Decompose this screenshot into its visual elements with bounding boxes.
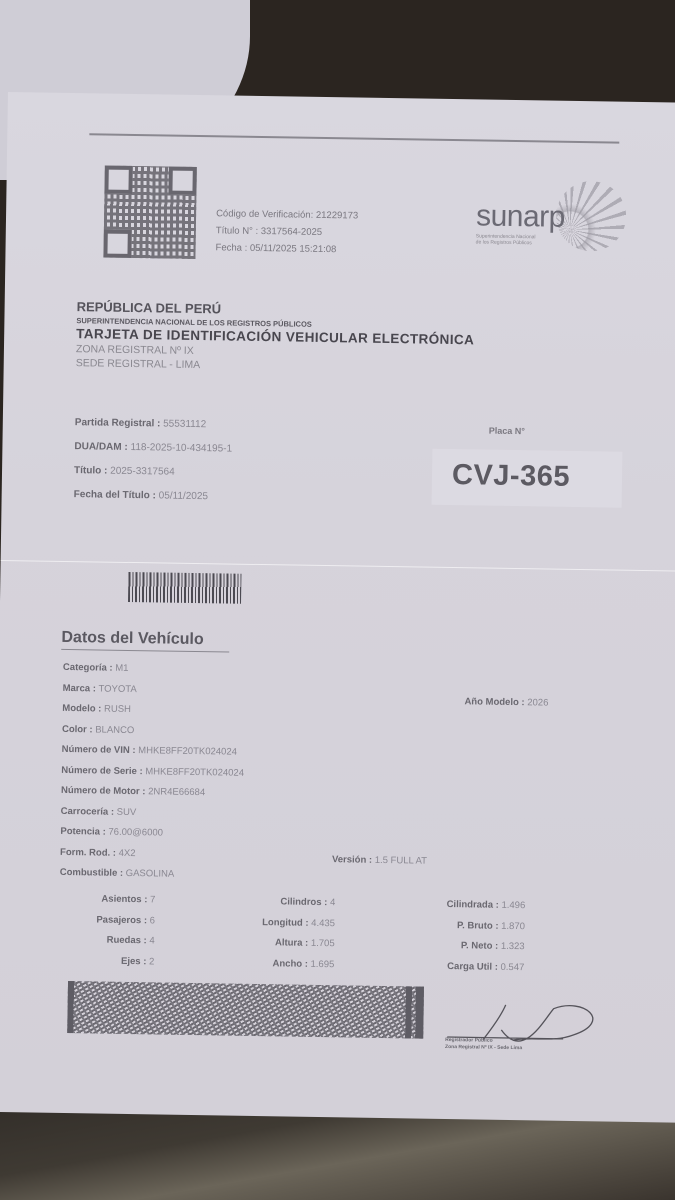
field-label: Carrocería :: [61, 805, 117, 817]
field-label: Asientos :: [101, 894, 150, 906]
vehicle-field: Carrocería : SUV: [61, 801, 244, 824]
field-label: DUA/DAM :: [74, 441, 130, 453]
spec-field: Longitud : 4.435: [205, 912, 335, 935]
field-value: SUV: [117, 806, 137, 817]
field-label: Ruedas :: [107, 935, 150, 947]
logo-wordmark: sunarp: [476, 199, 565, 234]
field-value: 2025-3317564: [110, 466, 175, 478]
barcode-icon: [128, 572, 241, 604]
sunarp-logo: sunarp Superintendencia Nacional de los …: [476, 199, 565, 246]
registry-field: Fecha del Título : 05/11/2025: [73, 483, 231, 509]
vehicle-fields: Categoría : M1Marca : TOYOTAModelo : RUS…: [60, 658, 246, 886]
field-value: 2026: [527, 697, 548, 708]
field-label: Cilindros :: [280, 896, 330, 908]
field-label: Color :: [62, 723, 95, 735]
field-value: 1.496: [501, 896, 525, 917]
field-value: 4: [330, 893, 336, 914]
spec-field: P. Bruto : 1.870: [395, 915, 525, 938]
registry-field: Título : 2025-3317564: [74, 459, 232, 485]
field-label: Número de VIN :: [62, 744, 139, 756]
field-label: Partida Registral :: [75, 417, 164, 429]
registry-fields: Partida Registral : 55531112DUA/DAM : 11…: [73, 411, 232, 509]
field-label: Ancho :: [272, 958, 310, 970]
vehicle-field: Número de VIN : MHKE8FF20TK024024: [62, 740, 245, 763]
vehicle-field: Combustible : GASOLINA: [60, 863, 243, 886]
specs-column-1: Asientos : 7Pasajeros : 6Ruedas : 4Ejes …: [54, 889, 155, 973]
vehicle-id-card-document: Código de Verificación: 21229173 Título …: [0, 92, 675, 1123]
field-label: Combustible :: [60, 867, 126, 879]
spec-field: Pasajeros : 6: [55, 909, 155, 931]
vehicle-field: Modelo : RUSH: [62, 699, 245, 722]
field-label: Categoría :: [63, 662, 115, 674]
field-value: 2NR4E66684: [148, 786, 205, 798]
registry-field: Partida Registral : 55531112: [75, 411, 233, 437]
field-value: 1.695: [310, 954, 334, 975]
spec-field: Carga Util : 0.547: [394, 956, 524, 979]
sun-rays-icon: [556, 181, 627, 252]
field-label: Título :: [74, 465, 110, 477]
vehicle-field: Número de Serie : MHKE8FF20TK024024: [61, 760, 244, 783]
field-value: 76.00@6000: [108, 827, 163, 839]
field-label: Modelo :: [62, 703, 104, 715]
vehicle-field: Marca : TOYOTA: [62, 678, 245, 701]
signer-office: Zona Registral Nº IX - Sede Lima: [445, 1044, 522, 1052]
field-value: 1.323: [501, 937, 525, 958]
version-field: Versión : 1.5 FULL AT: [332, 854, 427, 866]
field-label: P. Bruto :: [457, 920, 501, 932]
field-label: Fecha del Título :: [74, 489, 159, 501]
field-label: Marca :: [63, 682, 99, 694]
field-label: Potencia :: [60, 826, 108, 838]
field-value: 6: [150, 911, 156, 932]
field-label: Número de Serie :: [61, 764, 145, 776]
qr-code-icon: [103, 166, 196, 259]
document-header: REPÚBLICA DEL PERÚ SUPERINTENDENCIA NACI…: [76, 299, 475, 375]
field-label: Ejes :: [121, 955, 149, 966]
field-value: 7: [150, 890, 156, 911]
top-rule: [89, 133, 619, 143]
plate-label: Placa N°: [489, 426, 525, 437]
spec-field: P. Neto : 1.323: [394, 935, 524, 958]
spec-field: Ruedas : 4: [55, 930, 155, 952]
section-rule: [61, 649, 229, 653]
spec-field: Ejes : 2: [54, 950, 154, 972]
spec-field: Altura : 1.705: [205, 932, 335, 955]
logo-subtitle: de los Registros Públicos: [476, 239, 565, 246]
spec-field: Cilindros : 4: [205, 891, 335, 914]
field-value: GASOLINA: [126, 868, 175, 880]
spec-field: Cilindrada : 1.496: [395, 894, 525, 917]
field-value: 05/11/2025: [159, 490, 208, 502]
paper-fold: [1, 560, 675, 572]
field-value: MHKE8FF20TK024024: [138, 745, 237, 758]
field-label: Longitud :: [262, 917, 311, 929]
model-year: Año Modelo : 2026: [464, 696, 548, 708]
vehicle-field: Form. Rod. : 4X2: [60, 842, 243, 865]
specs-column-3: Cilindrada : 1.496P. Bruto : 1.870P. Net…: [394, 894, 525, 978]
vehicle-field: Potencia : 76.00@6000: [60, 822, 243, 845]
field-label: Pasajeros :: [96, 914, 150, 926]
field-value: TOYOTA: [98, 683, 136, 695]
verification-block: Código de Verificación: 21229173 Título …: [215, 205, 358, 258]
vehicle-field: Color : BLANCO: [62, 719, 245, 742]
field-value: M1: [115, 663, 128, 674]
field-label: Carga Util :: [447, 961, 500, 973]
issue-datetime: Fecha : 05/11/2025 15:21:08: [215, 239, 357, 258]
spec-field: Asientos : 7: [55, 889, 155, 911]
signature-caption: Registrador Público Zona Registral Nº IX…: [445, 1037, 522, 1052]
field-label: Form. Rod. :: [60, 846, 119, 858]
field-value: 118-2025-10-434195-1: [130, 442, 232, 455]
vehicle-field: Categoría : M1: [63, 658, 246, 681]
plate-number: CVJ-365: [452, 459, 570, 494]
field-label: Año Modelo :: [464, 696, 524, 708]
field-value: 4X2: [119, 847, 136, 858]
pdf417-barcode-icon: [67, 981, 424, 1039]
field-value: 1.5 FULL AT: [375, 855, 427, 867]
field-value: 55531112: [163, 418, 206, 430]
section-title: Datos del Vehículo: [61, 629, 204, 649]
field-label: Número de Motor :: [61, 785, 148, 797]
field-label: Cilindrada :: [447, 899, 502, 911]
field-value: 4.435: [311, 913, 335, 934]
field-value: MHKE8FF20TK024024: [145, 766, 244, 779]
field-value: BLANCO: [95, 724, 134, 736]
field-label: Altura :: [275, 937, 311, 949]
field-value: 2: [149, 952, 155, 973]
spec-field: Ancho : 1.695: [204, 953, 334, 976]
field-value: 1.705: [311, 934, 335, 955]
field-label: Versión :: [332, 854, 372, 866]
field-value: RUSH: [104, 704, 131, 715]
registry-field: DUA/DAM : 118-2025-10-434195-1: [74, 435, 232, 461]
field-value: 4: [149, 931, 155, 952]
field-value: 0.547: [500, 957, 524, 978]
signature-icon: [443, 999, 614, 1062]
vehicle-field: Número de Motor : 2NR4E66684: [61, 781, 244, 804]
field-value: 1.870: [501, 916, 525, 937]
specs-column-2: Cilindros : 4Longitud : 4.435Altura : 1.…: [204, 891, 335, 975]
field-label: P. Neto :: [461, 940, 501, 952]
